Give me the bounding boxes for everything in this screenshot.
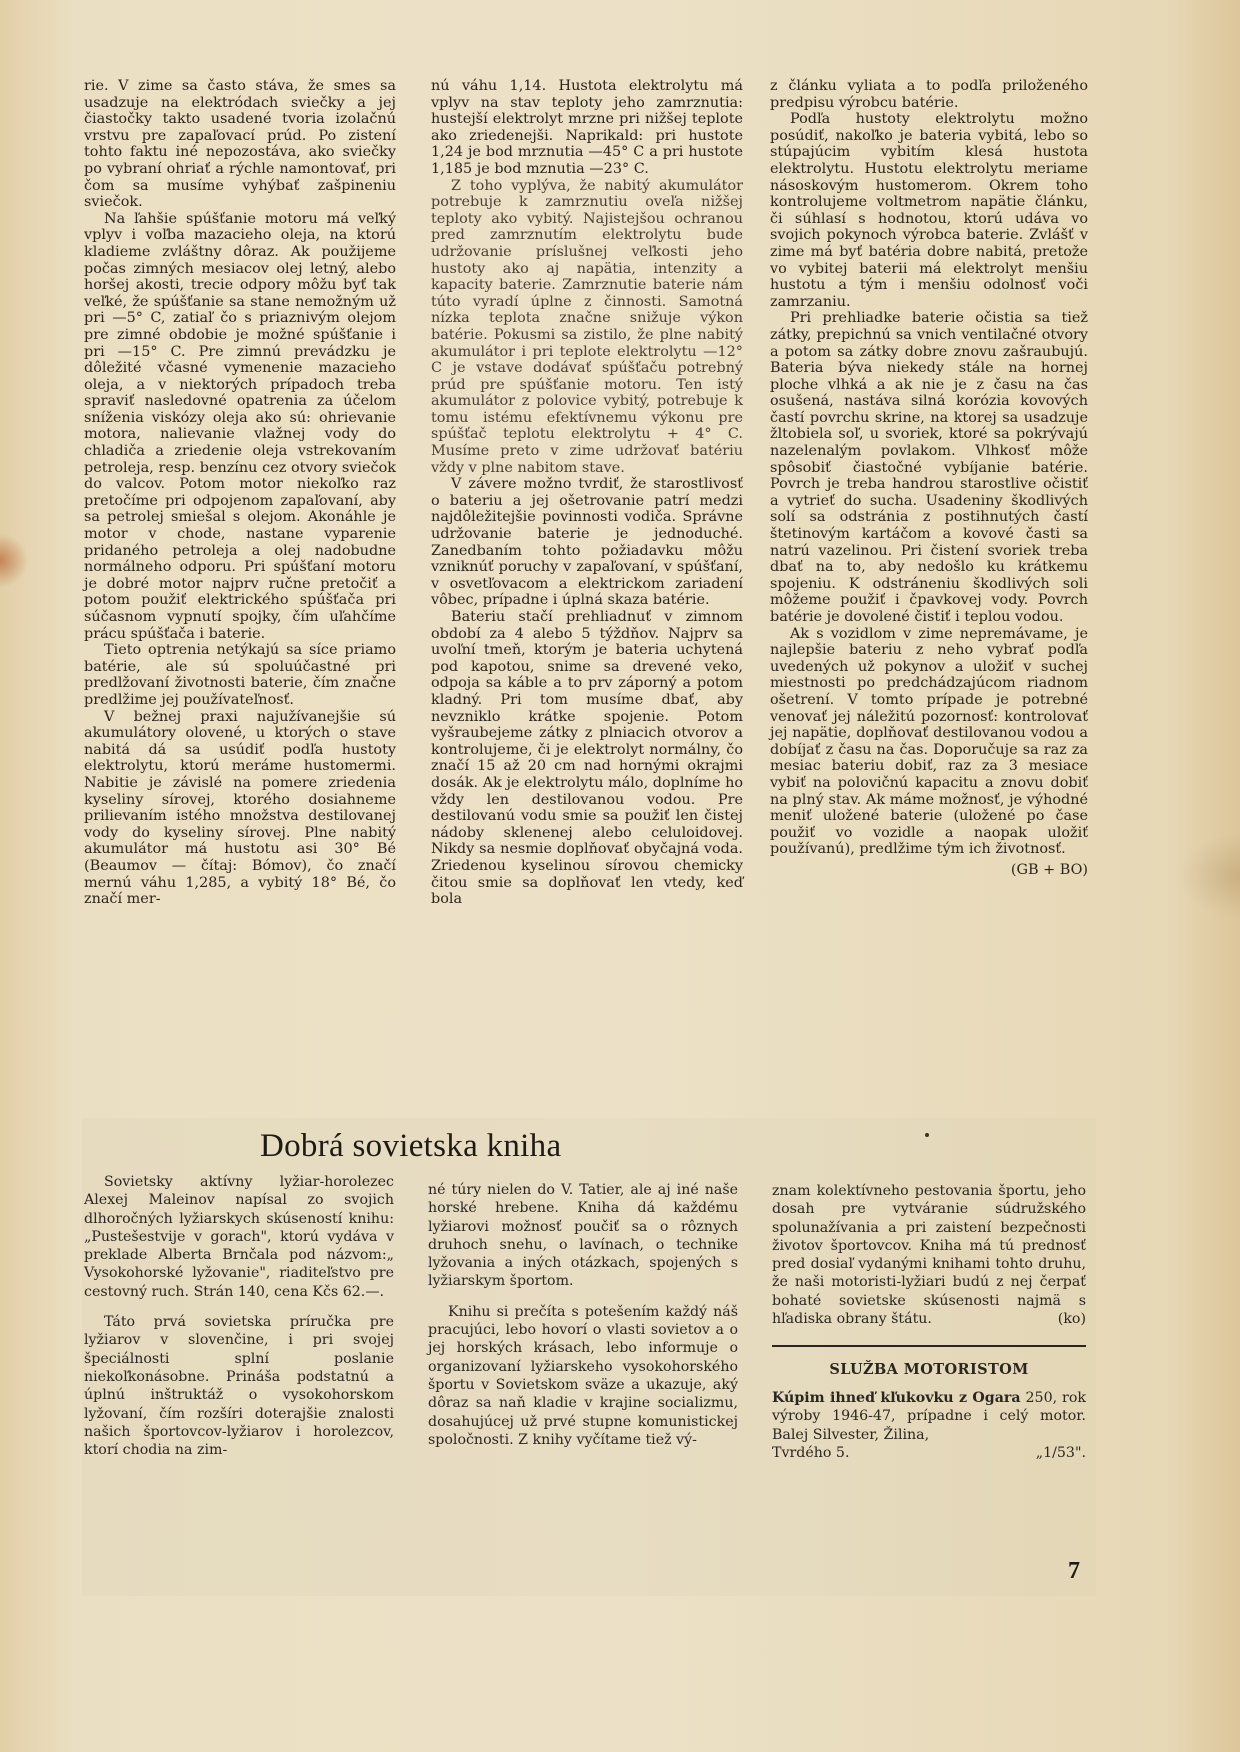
paragraph: né túry nielen do V. Tatier, ale aj iné … — [428, 1181, 738, 1291]
paragraph: Na ľahšie spúšťanie motoru má veľký vply… — [84, 211, 396, 642]
paragraph: Z toho vyplýva, že nabitý akumulátor pot… — [431, 178, 743, 477]
paragraph: Sovietsky aktívny lyžiar-horolezec Alexe… — [84, 1173, 394, 1301]
magazine-page: rie. V zime sa často stáva, že smes sa u… — [0, 0, 1240, 1752]
classified-lead: Kúpim ihneď kľukovku z Ogara — [772, 1390, 1021, 1406]
print-speck — [925, 1133, 929, 1137]
classified-address: Tvrdého 5. — [772, 1444, 849, 1462]
classified-code: „1/53". — [1036, 1444, 1086, 1462]
divider — [772, 1345, 1086, 1347]
paragraph: Bateriu stačí prehliadnuť v zimnom obdob… — [431, 609, 743, 908]
paragraph: Pri prehliadke baterie očistia sa tiež z… — [770, 310, 1088, 625]
paragraph: nú váhu 1,14. Hustota elektrolytu má vpl… — [431, 78, 743, 178]
paragraph: rie. V zime sa často stáva, že smes sa u… — [84, 78, 396, 211]
article-signature: (GB + BO) — [770, 862, 1088, 879]
article-battery-column-3: z článku vyliata a to podľa priloženého … — [770, 78, 1088, 879]
article-battery-column-2: nú váhu 1,14. Hustota elektrolytu má vpl… — [431, 78, 743, 908]
article-battery-column-1: rie. V zime sa často stáva, že smes sa u… — [84, 78, 396, 908]
classified-title: SLUŽBA MOTORISTOM — [772, 1361, 1086, 1379]
article-headline: Dobrá sovietska kniha — [260, 1128, 561, 1165]
paragraph: z článku vyliata a to podľa priloženého … — [770, 78, 1088, 111]
paragraph: V bežnej praxi najužívanejšie sú akumulá… — [84, 709, 396, 908]
book-review-column-3: znam kolektívneho pestovania športu, jeh… — [772, 1182, 1086, 1462]
paragraph: Ak s vozidlom v zime nepremávame, je naj… — [770, 626, 1088, 858]
paragraph: Podľa hustoty elektrolytu možno posúdiť,… — [770, 111, 1088, 310]
paragraph: Táto prvá sovietska príručka pre lyžiaro… — [84, 1313, 394, 1459]
classified-footer: Tvrdého 5. „1/53". — [772, 1444, 1086, 1462]
book-review-column-1: Sovietsky aktívny lyžiar-horolezec Alexe… — [84, 1173, 394, 1459]
page-number: 7 — [1068, 1558, 1080, 1585]
book-review-column-2: né túry nielen do V. Tatier, ale aj iné … — [428, 1181, 738, 1449]
paragraph: Knihu si prečíta s potešením každý náš p… — [428, 1303, 738, 1449]
classified-ad: Kúpim ihneď kľukovku z Ogara 250, rok vý… — [772, 1389, 1086, 1444]
paragraph: Tieto optrenia netýkajú sa síce priamo b… — [84, 642, 396, 708]
paragraph: znam kolektívneho pestovania športu, jeh… — [772, 1182, 1086, 1328]
paragraph: V závere možno tvrdiť, že starostlivosť … — [431, 476, 743, 609]
